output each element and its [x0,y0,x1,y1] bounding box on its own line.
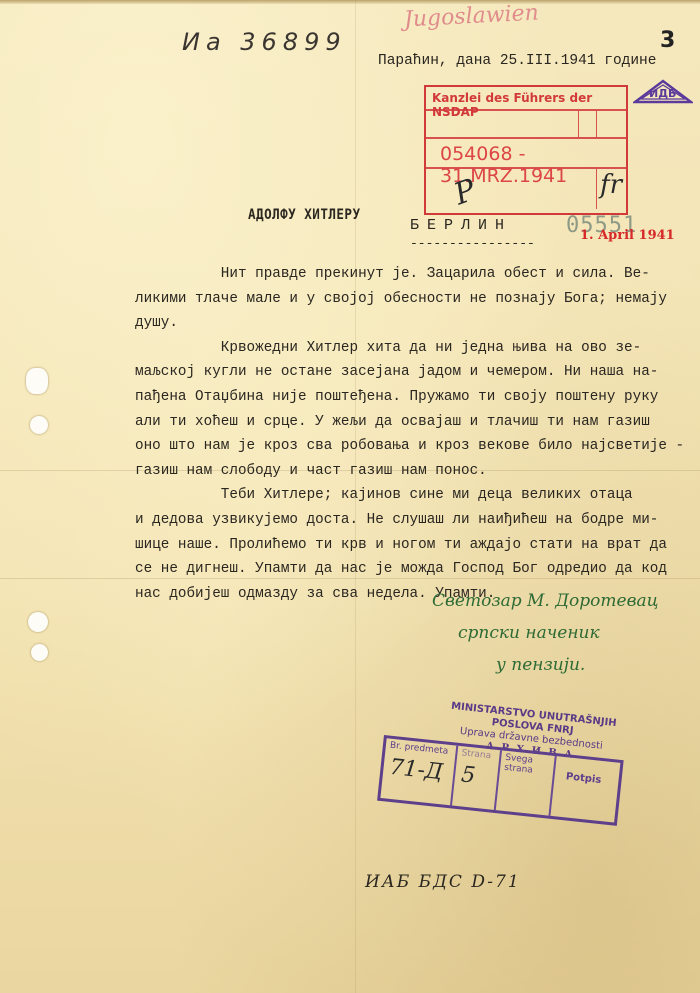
idb-stamp-text: ИДБ [649,87,676,100]
archive-cell-item-number: Br. predmeta 71-Д [380,738,458,805]
archive-cell-signature: Potpis [550,756,614,822]
city-underline: ---------------- [410,236,535,251]
body-line: и дедова узвикујемо доста. Не слушаш ли … [135,508,675,533]
archive-cell-page: Strana 5 [452,746,502,810]
signature-name: Светозар М. Доротевац [432,585,700,617]
archive-cell-total-pages: Svega strana [496,750,557,815]
body-line: оно што нам је кроз сва робовања и кроз … [135,434,675,459]
body-line: маљској кугли не остане засејана јадом и… [135,360,675,385]
body-line: пађена Отаџбина није поштеђена. Пружамо … [135,385,675,410]
received-date-stamp: 1. April 1941 [580,228,675,243]
stamp-header: Kanzlei des Führers der NSDAP [426,87,626,111]
reference-number-handwritten: Иа 36899 [182,28,347,56]
body-line: али ти хоћеш и срце. У жељи да освајаш и… [135,410,675,435]
body-line: се не дигнеш. Упамти да нас је можда Гос… [135,557,675,582]
idb-stamp: ИДБ [633,78,693,106]
archive-col-label: Strana [461,748,492,761]
stamp-row [426,111,626,139]
archive-note-handwritten: ИАБ БДС D-71 [365,872,521,892]
punch-hole [31,644,48,661]
archive-col-label: Svega strana [504,753,534,776]
page-number: 3 [660,28,675,53]
paper-top-edge [0,0,700,4]
body-line: газиш нам слободу и част газиш нам понос… [135,459,675,484]
dateline: Параћин, дана 25.III.1941 године [378,53,656,69]
country-note-handwritten: Jugoslawien [403,0,539,32]
signature-title: српски наченик [432,617,700,649]
punch-hole [28,612,48,632]
punch-hole [30,416,48,434]
stamp-paraph-handwritten: fr [600,170,622,200]
body-line: шице наше. Пролићемо ти крв и ногом ти а… [135,533,675,558]
body-line: душу. [135,311,675,336]
body-line: ликими тлаче мале и у својој обесности н… [135,287,675,312]
archive-col-label: Br. predmeta [389,741,448,757]
archive-col-label: Potpis [565,771,601,786]
punch-hole [26,368,48,394]
archive-item-number-handwritten: 71-Д [388,755,444,785]
signature-status: у пензији. [432,649,700,681]
letter-body: Нит правде прекинут је. Зацарила обест и… [135,262,675,606]
body-line: Крвожедни Хитлер хита да ни једна њива н… [135,336,675,361]
stamp-number-date: 054068 - 31.MRZ.1941 [426,139,626,169]
archive-page-handwritten: 5 [460,762,477,788]
addressee: АДОЛФУ ХИТЛЕРУ [248,207,361,223]
signature-block: Светозар М. Доротевац српски наченик у п… [432,585,700,681]
body-line: Теби Хитлере; кајинов сине ми деца велик… [135,483,675,508]
body-line: Нит правде прекинут је. Зацарила обест и… [135,262,675,287]
city: БЕРЛИН [410,217,512,234]
